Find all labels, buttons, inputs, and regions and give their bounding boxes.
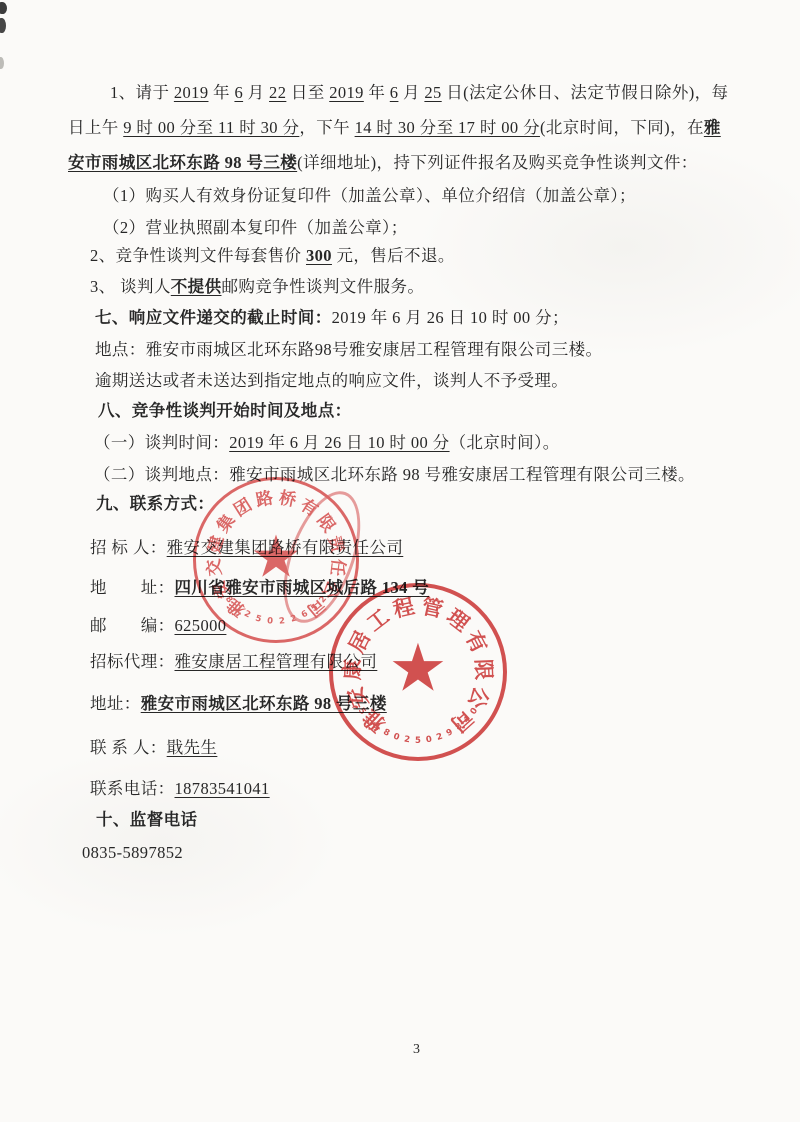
stamp-ring-char: 公 — [464, 684, 492, 712]
stamp-serial-digit: 9 — [445, 728, 454, 738]
doc-line-9: 地点：雅安市雨城区北环东路98号雅安康居工程管理有限公司三楼。 — [95, 340, 602, 360]
doc-line-6: 2、竞争性谈判文件每套售价 300 元，售后不退。 — [90, 246, 455, 266]
doc-line-17: 邮 编：625000 — [90, 616, 226, 636]
scanned-document-page: 1、请于 2019 年 6 月 22 日至 2019 年 6 月 25 日(法定… — [0, 0, 800, 1122]
stamp-ring-char: 程 — [391, 596, 416, 621]
stamp-ring-char: 路 — [254, 489, 274, 509]
stamp-serial-digit: 0 — [267, 617, 274, 626]
doc-line-10: 逾期送达或者未送达到指定地点的响应文件，谈判人不予受理。 — [95, 371, 568, 391]
stamp-ring-char: 交 — [205, 558, 224, 577]
doc-line-20: 联 系 人：戢先生 — [90, 738, 217, 758]
doc-line-1: 1、请于 2019 年 6 月 22 日至 2019 年 6 月 25 日(法定… — [110, 83, 728, 103]
stamp-ring-char: 建 — [206, 534, 227, 555]
scan-smudge-3 — [0, 57, 4, 69]
stamp-serial-digit: 5 — [254, 614, 262, 624]
stamp-serial-digit: 5 — [415, 737, 421, 746]
page-number: 3 — [413, 1042, 420, 1058]
stamp-serial-digit: 8 — [382, 728, 391, 738]
doc-line-22: 十、监督电话 — [96, 810, 197, 830]
stamp-ring-char: 理 — [443, 606, 472, 635]
stamp-ring-char: 居 — [346, 628, 374, 656]
stamp-serial-digit: 2 — [403, 735, 410, 744]
stamp-yaan-jiaojian-lugiao: 雅安交建集团路桥有限责任公司★8025022652 — [193, 477, 359, 643]
doc-line-7: 3、 谈判人不提供邮购竞争性谈判文件服务。 — [90, 277, 424, 297]
stamp-ring-char: 集 — [214, 512, 238, 536]
stamp-serial-digit: 2 — [279, 617, 286, 626]
stamp-serial-digit: 2 — [436, 733, 444, 743]
stamp-ring-char: 工 — [364, 606, 393, 635]
stamp-ring-char: 有 — [462, 628, 490, 656]
doc-line-8: 七、响应文件递交的截止时间：2019 年 6 月 26 日 10 时 00 分； — [95, 308, 569, 328]
doc-line-13: （二）谈判地点：雅安市雨城区北环东路 98 号雅安康居工程管理有限公司三楼。 — [94, 465, 695, 485]
stamp-yaan-kangju: 雅安康居工程管理有限公司★5118025029840 — [329, 583, 507, 761]
doc-line-3: 安市雨城区北环东路 98 号三楼(详细地址)，持下列证件报名及购买竞争性谈判文件… — [68, 153, 698, 173]
stamp-ring-char: 桥 — [278, 489, 298, 509]
doc-line-2: 日上午 9 时 00 分至 11 时 30 分，下午 14 时 30 分至 17… — [68, 118, 721, 138]
stamp-ring-char: 团 — [231, 496, 254, 519]
stamp-ring-char: 限 — [472, 659, 494, 681]
scan-smudge-2 — [0, 18, 6, 33]
doc-line-4: （1）购买人有效身份证复印件（加盖公章）、单位介绍信（加盖公章）； — [103, 186, 636, 206]
stamp-ring-char: 康 — [342, 659, 364, 681]
stamp-serial-digit: 0 — [425, 735, 432, 744]
scan-smudge-1 — [0, 2, 7, 14]
stamp-ring-char: 安 — [344, 684, 372, 712]
stamp-serial-digit: 0 — [392, 733, 400, 743]
doc-line-14: 九、联系方式： — [96, 494, 214, 514]
doc-line-5: （2）营业执照副本复印件（加盖公章）； — [103, 218, 408, 238]
star-icon: ★ — [388, 636, 447, 702]
doc-line-11: 八、竞争性谈判开始时间及地点： — [98, 401, 352, 421]
doc-line-21: 联系电话：18783541041 — [90, 779, 270, 799]
doc-line-23: 0835-5897852 — [82, 843, 183, 863]
doc-line-12: （一）谈判时间：2019 年 6 月 26 日 10 时 00 分（北京时间）。 — [94, 433, 560, 453]
stamp-ring-char: 管 — [420, 596, 445, 621]
